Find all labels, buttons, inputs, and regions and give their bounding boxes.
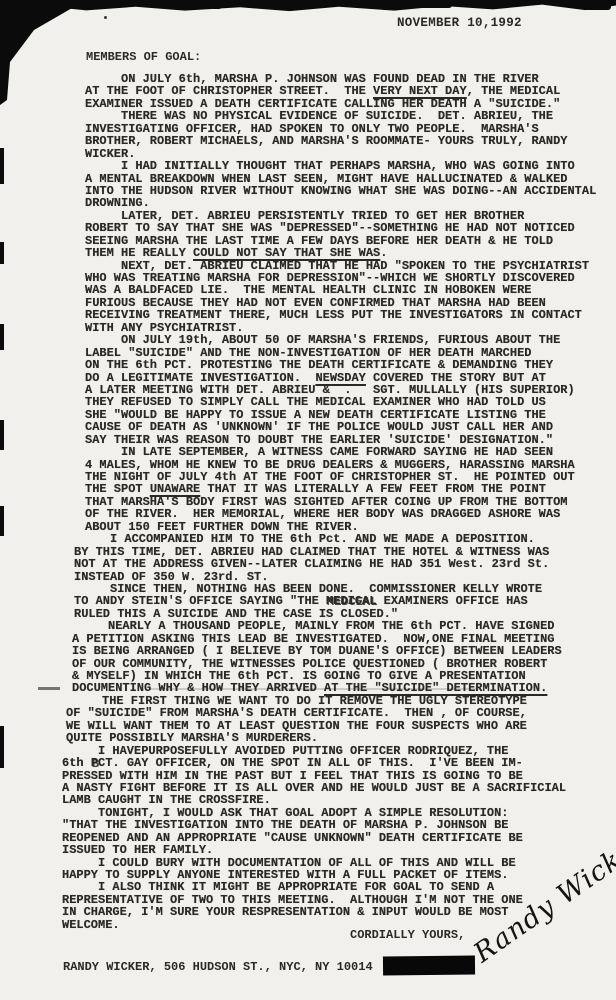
scan-artifact-blob	[420, 0, 452, 8]
paragraph: ON JULY 19th, ABOUT 50 OF MARSHA'S FRIEN…	[85, 334, 616, 446]
letter-salutation: MEMBERS OF GOAL:	[86, 50, 201, 64]
text-segment: BROTHER, ROBERT MICHAELS, AND MARSHA'S R…	[85, 134, 567, 148]
paragraph: THERE WAS NO PHYSICAL EVIDENCE OF SUICID…	[85, 110, 616, 160]
paragraph: I HAVEPURPOSEFULLY AVOIDED PUTTING OFFIC…	[62, 745, 616, 807]
paragraph: I COULD BURY WITH DOCUMENTATION OF ALL O…	[62, 857, 616, 882]
scanned-letter-page: NOVEMBER 10,1992 MEMBERS OF GOAL: ON JUL…	[0, 0, 616, 1000]
paragraph: I HAD INITIALLY THOUGHT THAT PERHAPS MAR…	[85, 160, 616, 210]
letter-body: ON JULY 6th, MARSHA P. JOHNSON WAS FOUND…	[0, 73, 616, 931]
overtyped-text: PB	[91, 757, 98, 769]
paragraph: NEXT, DET. ABRIEU CLAIMED THAT HE HAD "S…	[85, 260, 616, 335]
paragraph: TONIGHT, I WOULD ASK THAT GOAL ADOPT A S…	[62, 807, 616, 857]
paragraph: I ACCOMPANIED HIM TO THE 6th Pct. AND WE…	[74, 533, 616, 583]
paragraph: SINCE THEN, NOTHING HAS BEEN DONE. COMMI…	[74, 583, 616, 620]
scan-artifact-top-edge	[0, 0, 616, 13]
text-line: INTO THE HUDSON RIVER WITHOUT KNOWING WH…	[85, 185, 616, 197]
redaction-box	[383, 956, 475, 976]
text-segment: WELCOME.	[62, 918, 120, 932]
scan-artifact-blob	[192, 0, 222, 9]
letter-date: NOVEMBER 10,1992	[397, 16, 522, 30]
overtyped-text: MEDICALMEDCEAL	[326, 595, 376, 607]
footer-address: RANDY WICKER, 506 HUDSON ST., NYC, NY 10…	[63, 960, 373, 974]
paragraph: NEARLY A THOUSAND PEOPLE, MAINLY FROM TH…	[72, 620, 616, 695]
text-segment: IN CHARGE, I'M SURE YOUR RESPRESENTATION…	[62, 905, 508, 919]
paragraph: LATER, DET. ABRIEU PERSISTENTLY TRIED TO…	[85, 210, 616, 260]
paragraph: THE FIRST THING WE WANT TO DO IT REMOVE …	[66, 695, 616, 745]
letter-closing: CORDIALLY YOURS,	[350, 928, 465, 942]
paragraph: ON JULY 6th, MARSHA P. JOHNSON WAS FOUND…	[85, 73, 616, 110]
letter-footer: RANDY WICKER, 506 HUDSON ST., NYC, NY 10…	[63, 956, 475, 975]
text-segment: EXAMINERS OFFICE HAS	[376, 594, 527, 608]
scan-artifact-speck	[104, 16, 107, 19]
text-line: BROTHER, ROBERT MICHAELS, AND MARSHA'S R…	[85, 135, 616, 147]
paragraph: IN LATE SEPTEMBER, A WITNESS CAME FORWAR…	[85, 446, 616, 533]
scan-artifact-blob	[585, 1, 611, 10]
text-segment: INTO THE HUDSON RIVER WITHOUT KNOWING WH…	[85, 184, 596, 198]
